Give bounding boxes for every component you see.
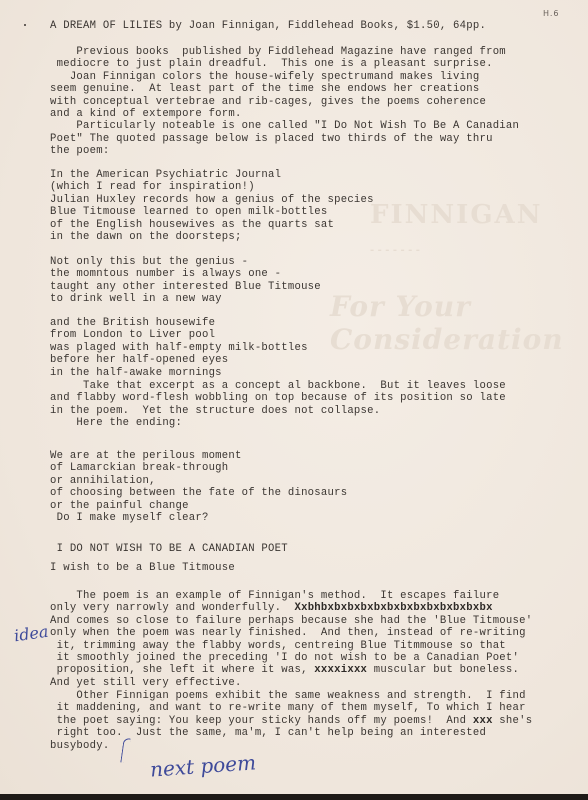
page-code: H.6 xyxy=(543,9,560,18)
struck-out-word: xxx xyxy=(473,715,493,727)
handwritten-margin-note: idea xyxy=(13,622,50,646)
poem-stanza-3: and the British housewife from London to… xyxy=(50,317,308,379)
method-line-2: only very narrowly and wonderfully. xyxy=(50,602,294,614)
method-line-1: The poem is an example of Finnigan's met… xyxy=(50,590,499,602)
typewritten-page: FINNIGAN - - - - - - - For Your Consider… xyxy=(0,0,588,794)
struck-out-text: Xxbhbxbxbxbxbxbxbxbxbxbxbxbxbx xyxy=(294,602,492,614)
poem-title-subline: I wish to be a Blue Titmouse xyxy=(50,562,235,574)
bleed-through-text: For Your Consideration xyxy=(330,290,588,356)
bleed-through-text: - - - - - - - xyxy=(370,245,420,256)
bleed-through-text: FINNIGAN xyxy=(370,200,542,230)
struck-out-word: xxxxixxx xyxy=(314,664,367,676)
margin-dot xyxy=(24,24,26,26)
poem-title: I DO NOT WISH TO BE A CANADIAN POET xyxy=(50,543,288,555)
poem-ending: We are at the perilous moment of Lamarck… xyxy=(50,450,347,512)
poem-stanza-2: Not only this but the genius - the momnt… xyxy=(50,256,321,306)
closing-text: Other Finnigan poems exhibit the same we… xyxy=(50,690,526,727)
method-paragraph: The poem is an example of Finnigan's met… xyxy=(50,590,532,689)
rhetorical-question: Do I make myself clear? xyxy=(50,512,209,524)
commentary-paragraph: Take that excerpt as a concept al backbo… xyxy=(50,380,506,430)
intro-paragraph: Previous books published by Fiddlehead M… xyxy=(50,46,519,158)
review-heading: A DREAM OF LILIES by Joan Finnigan, Fidd… xyxy=(50,20,486,32)
handwritten-bottom-note: next poem xyxy=(149,750,256,781)
poem-stanza-1: In the American Psychiatric Journal (whi… xyxy=(50,169,374,243)
